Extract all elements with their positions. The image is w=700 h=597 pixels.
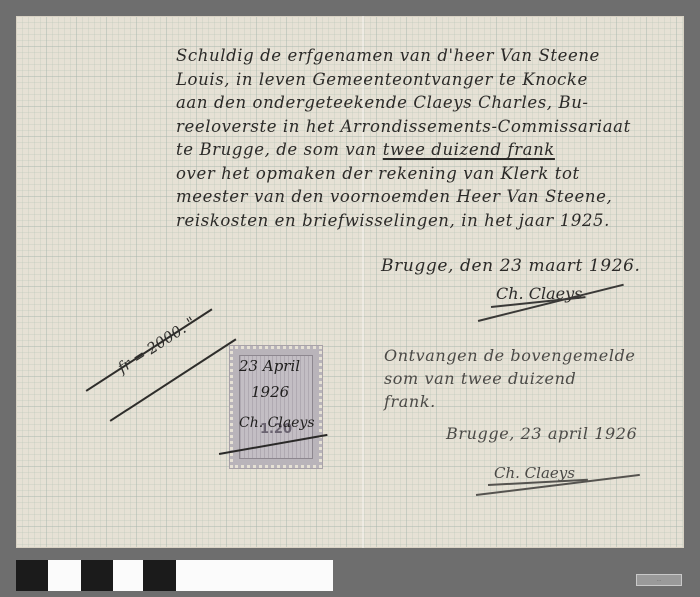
archive-label: ...: [636, 574, 682, 586]
calibration-swatch-white: [48, 560, 81, 591]
receipt-text-line: Ontvangen de bovengemelde: [384, 344, 636, 367]
main-text-block: Schuldig de erfgenamen van d'heer Van St…: [176, 44, 631, 232]
main-text-line: te Brugge, de som van: [176, 140, 383, 159]
main-text-line: Louis, in leven Gemeenteontvanger te Kno…: [176, 68, 631, 92]
date-line-2: Brugge, 23 april 1926: [446, 424, 637, 443]
receipt-text-line: frank.: [384, 390, 636, 413]
calibration-swatch-black: [143, 560, 176, 591]
stamp-cancel-signature: Ch. Claeys: [239, 415, 315, 431]
calibration-swatch-black: [16, 560, 48, 591]
main-text-line: meester van den voornoemden Heer Van Ste…: [176, 185, 631, 209]
main-text-line: over het opmaken der rekening van Klerk …: [176, 162, 631, 186]
stamp-cancel-year: 1926: [251, 383, 289, 401]
main-text-line: reiskosten en briefwisselingen, in het j…: [176, 209, 631, 233]
stamp-cancel-date: 23 April: [239, 357, 300, 375]
date-line-1: Brugge, den 23 maart 1926.: [381, 256, 641, 276]
amount-box: fr = 2000. ": [82, 298, 232, 408]
receipt-text-line: som van twee duizend: [384, 367, 636, 390]
calibration-swatch-white: [113, 560, 143, 591]
main-text-line-with-amount: te Brugge, de som van twee duizend frank: [176, 138, 631, 162]
amount-text: fr = 2000. ": [114, 313, 199, 377]
underlined-amount: twee duizend frank: [383, 140, 555, 159]
main-text-line: reeloverste in het Arrondissements-Commi…: [176, 115, 631, 139]
document-paper: Schuldig de erfgenamen van d'heer Van St…: [16, 16, 684, 548]
main-text-line: Schuldig de erfgenamen van d'heer Van St…: [176, 44, 631, 68]
calibration-swatch-black: [81, 560, 113, 591]
color-calibration-bar: [16, 560, 333, 591]
calibration-swatch-white: [176, 560, 333, 591]
amount-box-bottom-line: [110, 338, 237, 421]
main-text-line: aan den ondergeteekende Claeys Charles, …: [176, 91, 631, 115]
revenue-stamp: 1.20 23 April 1926 Ch. Claeys: [230, 346, 322, 468]
receipt-text-block: Ontvangen de bovengemelde som van twee d…: [384, 344, 636, 413]
